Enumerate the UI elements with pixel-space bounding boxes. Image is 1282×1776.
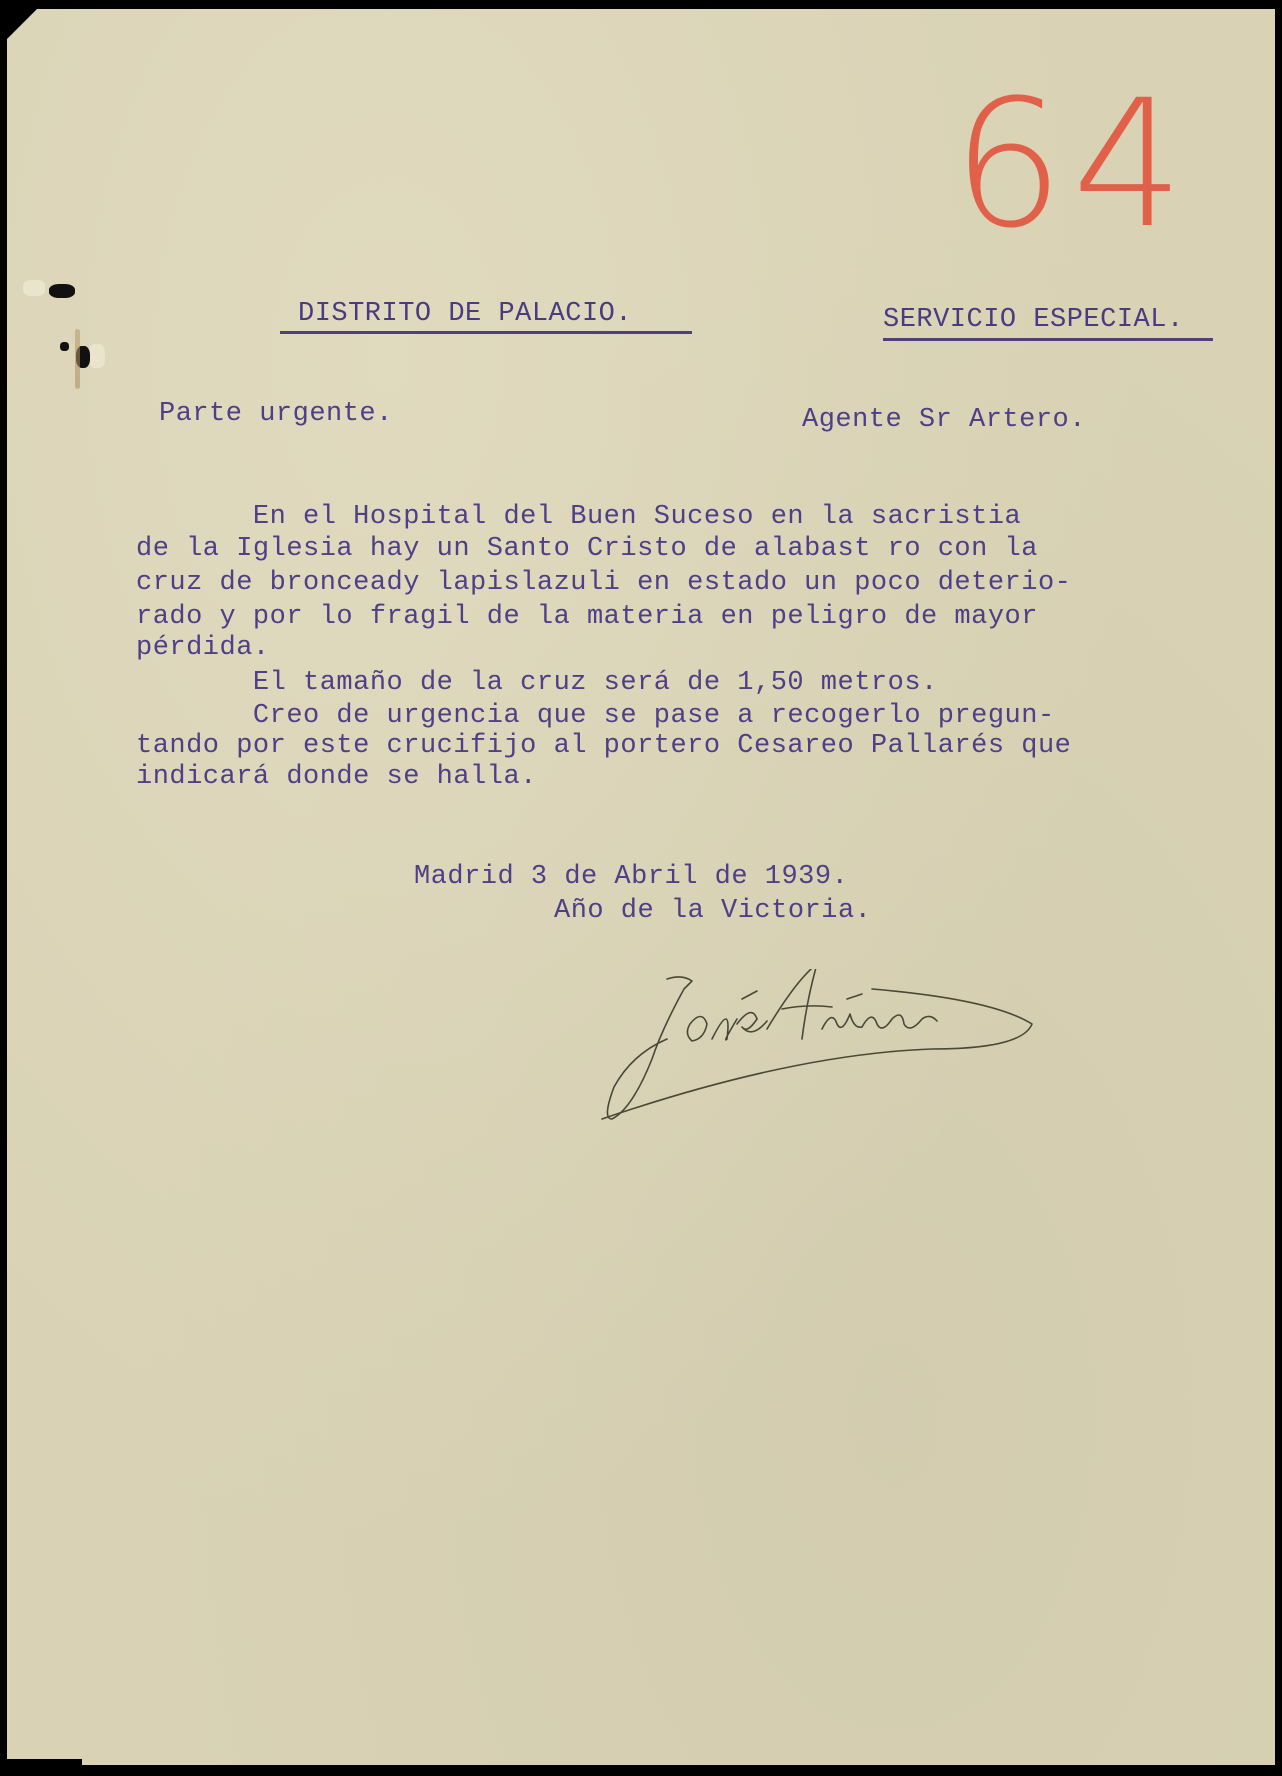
signature — [592, 969, 1082, 1149]
place-and-date: Madrid 3 de Abril de 1939. — [414, 861, 848, 894]
body-line: El tamaño de la cruz será de 1,50 metros… — [136, 667, 938, 700]
era-line: Año de la Victoria. — [554, 895, 871, 928]
punch-hole — [60, 342, 69, 351]
body-line: rado y por lo fragil de la materia en pe… — [136, 601, 1038, 634]
district-title-underline — [280, 331, 692, 334]
document-page: 64 DISTRITO DE PALACIO. SERVICIO ESPECIA… — [7, 9, 1275, 1765]
folded-corner — [7, 9, 37, 39]
body-line: tando por este crucifijo al portero Cesa… — [136, 730, 1071, 763]
service-title: SERVICIO ESPECIAL. — [883, 305, 1184, 335]
torn-patch — [89, 344, 105, 368]
torn-corner-bottom — [7, 1759, 82, 1765]
service-title-underline — [883, 338, 1213, 341]
report-type: Parte urgente. — [159, 398, 393, 431]
folio-number: 64 — [952, 77, 1192, 253]
district-title: DISTRITO DE PALACIO. — [298, 299, 632, 329]
body-line: indicará donde se halla. — [136, 761, 537, 794]
punch-hole — [49, 284, 75, 298]
body-line: En el Hospital del Buen Suceso en la sac… — [136, 501, 1021, 534]
body-line: pérdida. — [136, 632, 270, 665]
body-line: Creo de urgencia que se pase a recogerlo… — [136, 700, 1055, 733]
body-line: cruz de bronceady lapislazuli en estado … — [136, 567, 1071, 600]
rust-stain — [75, 329, 80, 389]
agent-name: Agente Sr Artero. — [802, 404, 1086, 437]
torn-patch — [23, 280, 45, 296]
body-line: de la Iglesia hay un Santo Cristo de ala… — [136, 533, 1038, 566]
